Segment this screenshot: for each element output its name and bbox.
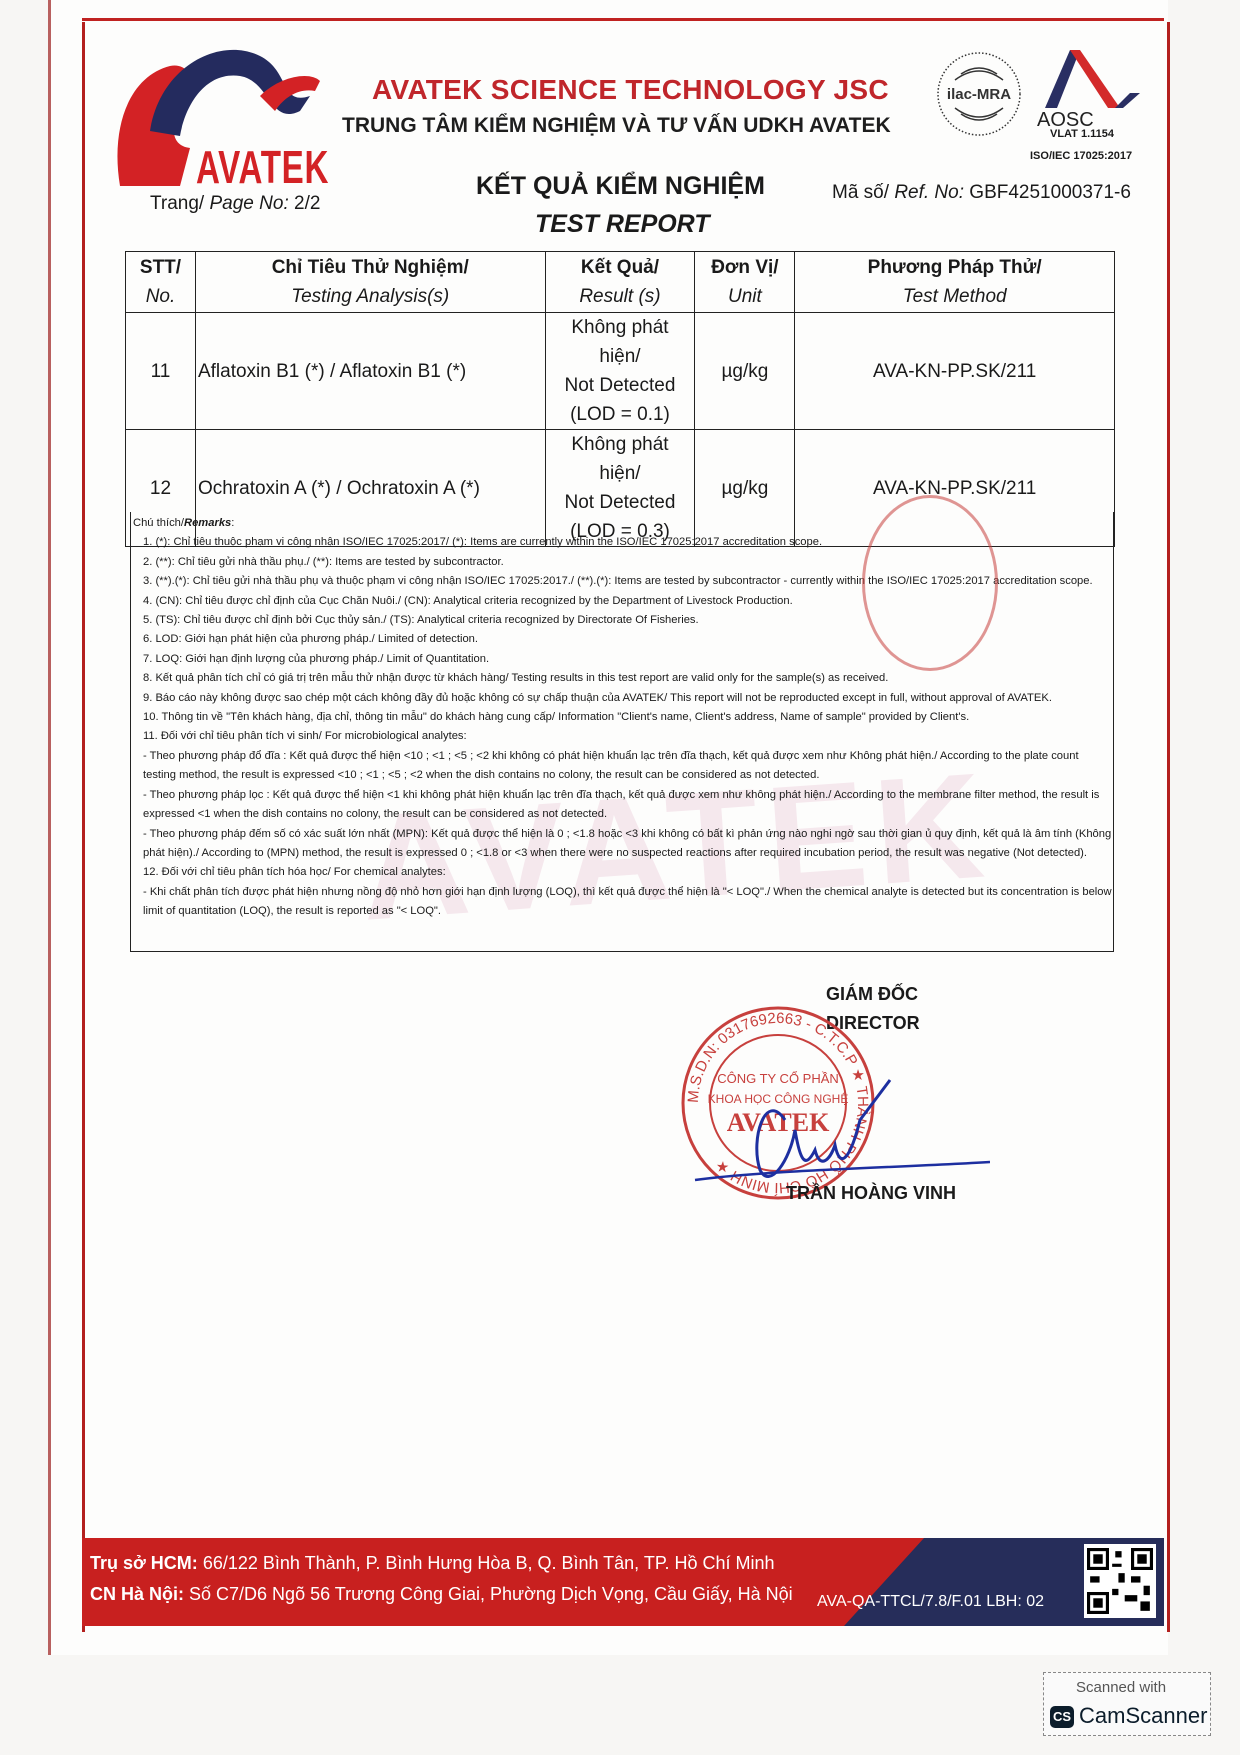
footer-hanoi-address: CN Hà Nội: Số C7/D6 Ngõ 56 Trương Công G… xyxy=(90,1584,793,1605)
svg-text:ilac-MRA: ilac-MRA xyxy=(947,86,1011,103)
remark-item: 11. Đối với chỉ tiêu phân tích vi sinh/ … xyxy=(133,727,1113,746)
remark-item: 8. Kết quả phân tích chỉ có giá trị trên… xyxy=(133,669,1113,688)
signer-title-vn: GIÁM ĐỐC xyxy=(826,984,918,1005)
footer-hcm-address: Trụ sở HCM: 66/122 Bình Thành, P. Bình H… xyxy=(90,1553,775,1574)
remark-item: - Khi chất phân tích được phát hiện nhưn… xyxy=(133,883,1113,922)
logo-text: AVATEK xyxy=(196,140,329,194)
aosc-logo-icon: AOSC xyxy=(1035,48,1145,128)
svg-text:AOSC: AOSC xyxy=(1037,109,1094,128)
table-row: 11 Aflatoxin B1 (*) / Aflatoxin B1 (*) K… xyxy=(126,313,1115,430)
cell-analysis: Aflatoxin B1 (*) / Aflatoxin B1 (*) xyxy=(195,313,545,430)
column-header-unit: Đơn Vị/Unit xyxy=(695,252,795,313)
remark-item: - Theo phương pháp đếm số có xác suất lớ… xyxy=(133,825,1113,864)
scanned-with-label: Scanned with xyxy=(1076,1679,1166,1696)
table-header-row: STT/No. Chỉ Tiêu Thử Nghiệm/Testing Anal… xyxy=(126,252,1115,313)
remark-item: 9. Báo cáo này không được sao chép một c… xyxy=(133,689,1113,708)
signature-icon xyxy=(690,1050,990,1200)
signer-name: TRẦN HOÀNG VINH xyxy=(786,1183,956,1204)
aosc-vlat: VLAT 1.1154 xyxy=(1050,128,1114,140)
footer-banner: Trụ sở HCM: 66/122 Bình Thành, P. Bình H… xyxy=(82,1538,1164,1626)
form-code: AVA-QA-TTCL/7.8/F.01 LBH: 02 xyxy=(817,1593,1044,1611)
column-header-method: Phương Pháp Thử/Test Method xyxy=(795,252,1115,313)
column-header-result: Kết Quả/Result (s) xyxy=(545,252,695,313)
page-number: Trang/ Page No: 2/2 xyxy=(150,193,320,215)
page-label-en: Page No: xyxy=(210,193,289,214)
results-table: STT/No. Chỉ Tiêu Thử Nghiệm/Testing Anal… xyxy=(125,251,1115,547)
aosc-iso-standard: ISO/IEC 17025:2017 xyxy=(1030,150,1132,162)
camscanner-badge: Scanned with CS CamScanner xyxy=(1043,1672,1211,1736)
page-label-vn: Trang/ xyxy=(150,193,204,214)
qr-code-icon xyxy=(1084,1544,1156,1618)
remark-item: - Theo phương pháp lọc : Kết quả được th… xyxy=(133,786,1113,825)
remark-item: 12. Đối với chỉ tiêu phân tích hóa học/ … xyxy=(133,863,1113,882)
cell-result: Không phát hiện/Not Detected(LOD = 0.1) xyxy=(545,313,695,430)
cell-method: AVA-KN-PP.SK/211 xyxy=(795,313,1115,430)
ref-value: GBF4251000371-6 xyxy=(969,182,1131,203)
camscanner-logo-icon: CS xyxy=(1050,1706,1074,1728)
cell-no: 11 xyxy=(126,313,196,430)
column-header-no: STT/No. xyxy=(126,252,196,313)
ref-label-vn: Mã số/ xyxy=(832,182,889,203)
column-header-analysis: Chỉ Tiêu Thử Nghiệm/Testing Analysis(s) xyxy=(195,252,545,313)
frame-top-border xyxy=(82,18,1164,21)
company-name-vn: TRUNG TÂM KIỂM NGHIỆM VÀ TƯ VẤN UDKH AVA… xyxy=(342,114,891,138)
remark-item: - Theo phương pháp đổ đĩa : Kết quả được… xyxy=(133,747,1113,786)
report-title-en: TEST REPORT xyxy=(535,210,710,239)
camscanner-name: CamScanner xyxy=(1079,1703,1207,1729)
ref-label-en: Ref. No: xyxy=(894,182,964,203)
cell-unit: µg/kg xyxy=(695,313,795,430)
company-name-en: AVATEK SCIENCE TECHNOLOGY JSC xyxy=(372,74,889,106)
page-edge xyxy=(48,0,51,1655)
page-value: 2/2 xyxy=(294,193,320,214)
ilac-mra-logo-icon: ilac-MRA xyxy=(935,50,1023,138)
report-title-vn: KẾT QUẢ KIỂM NGHIỆM xyxy=(476,172,765,201)
partial-stamp-icon xyxy=(862,495,998,671)
remark-item: 10. Thông tin về "Tên khách hàng, địa ch… xyxy=(133,708,1113,727)
reference-number: Mã số/ Ref. No: GBF4251000371-6 xyxy=(832,182,1131,204)
